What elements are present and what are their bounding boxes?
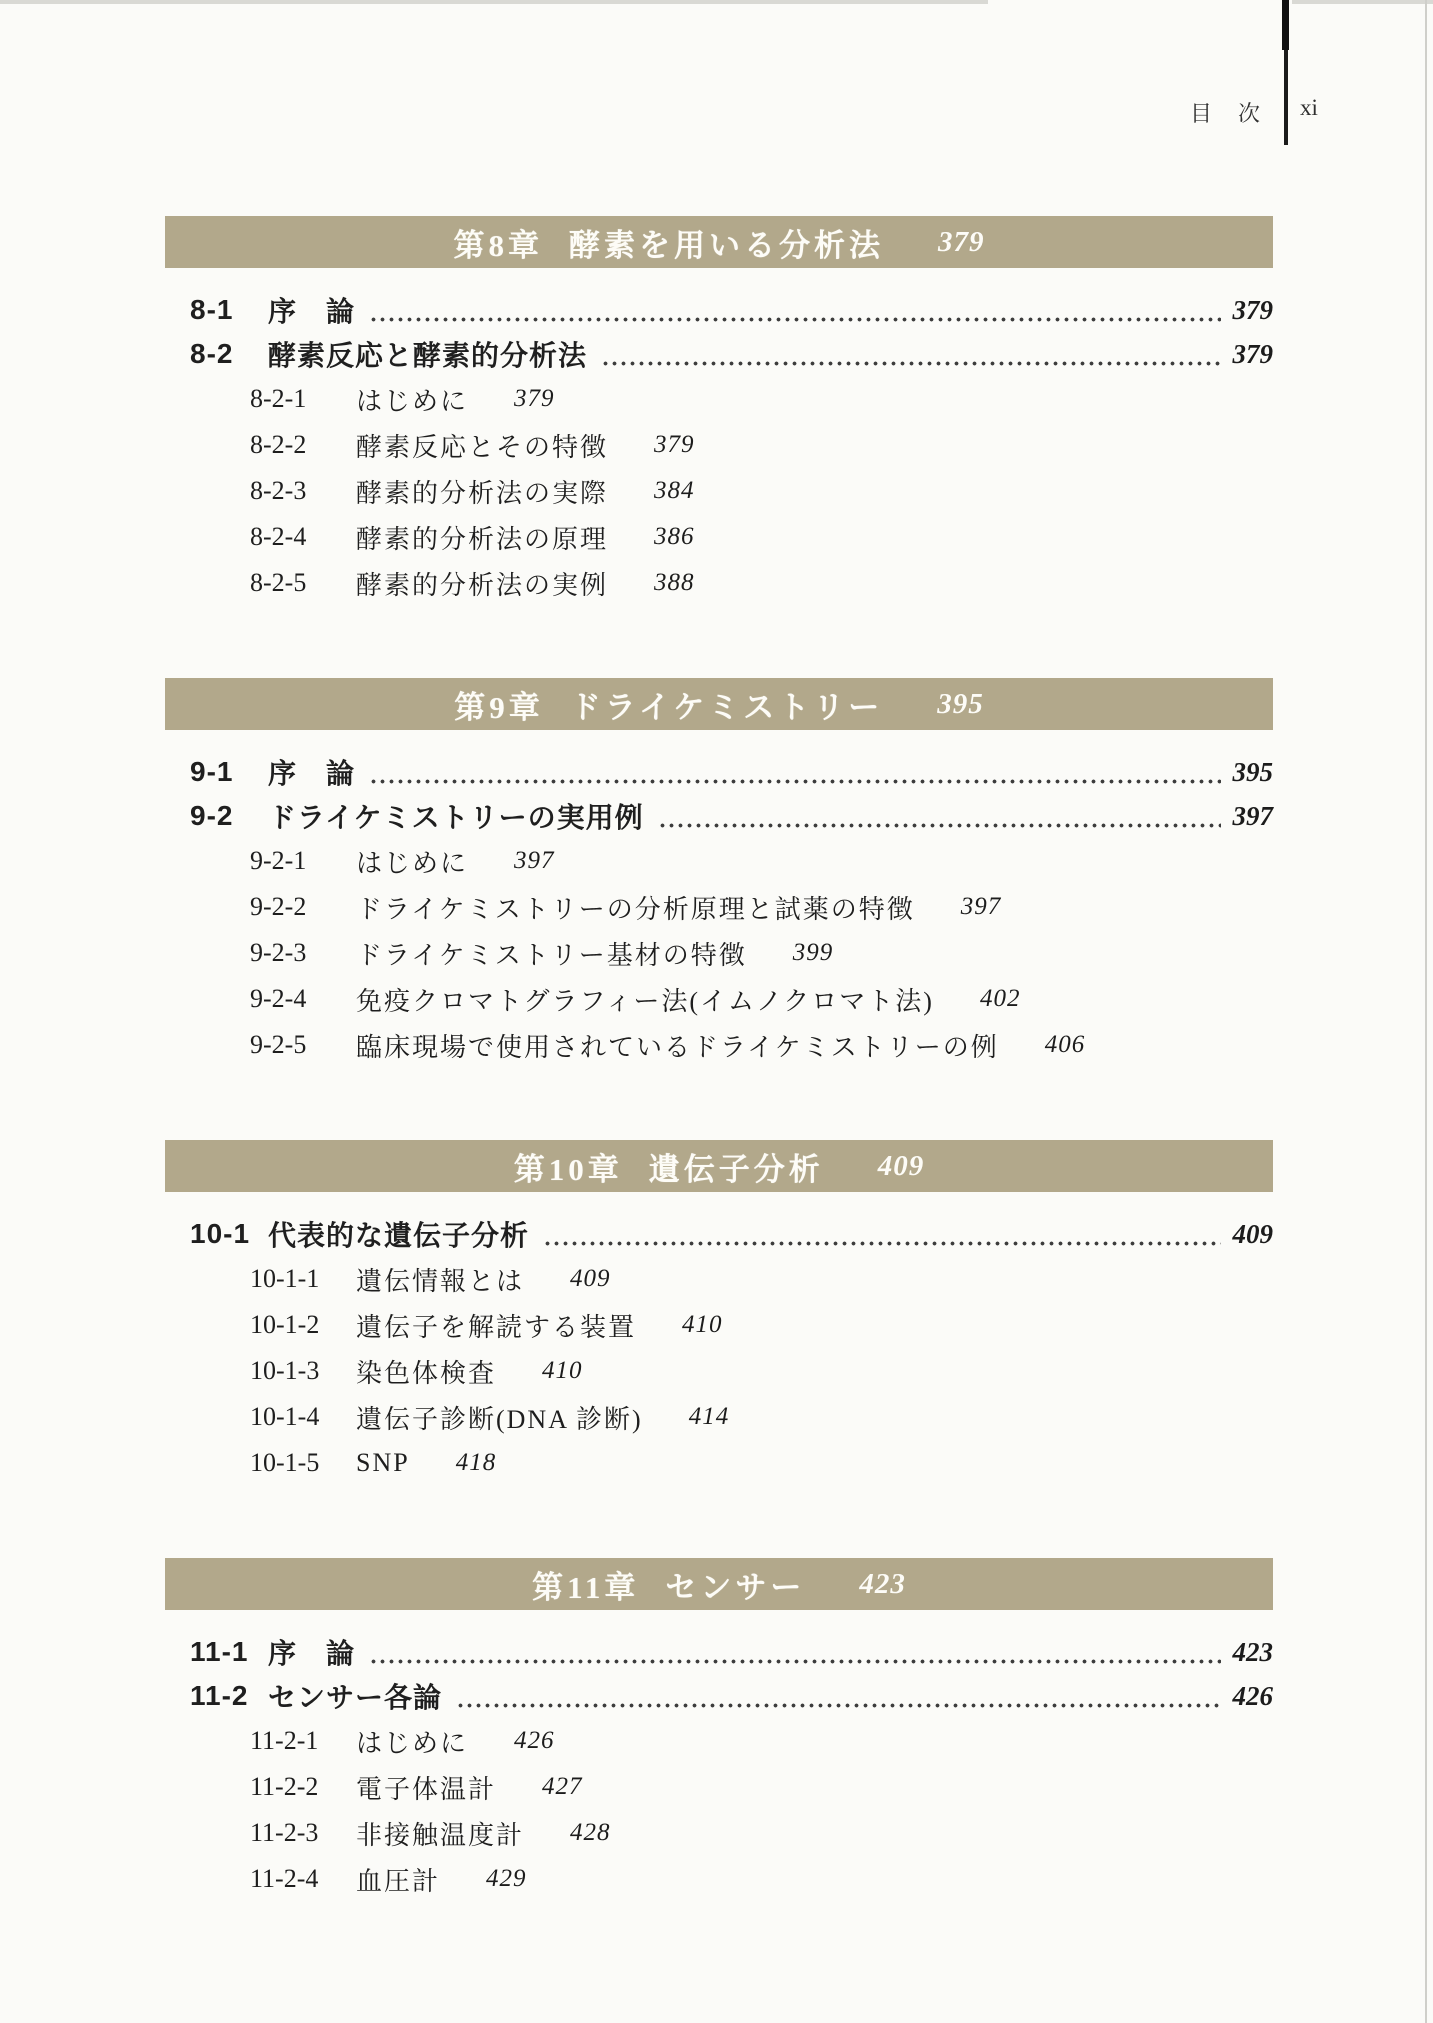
chapter-banner: 第11章センサー423 [165, 1558, 1273, 1610]
subsection-page-number: 402 [980, 985, 1021, 1013]
section-page-number: 426 [1233, 1681, 1274, 1712]
section-number: 10-1 [190, 1218, 252, 1250]
dot-leader [456, 1703, 1220, 1708]
subsection-title: SNP [356, 1448, 410, 1478]
subsection-title: 酵素的分析法の原理 [356, 519, 608, 556]
section-title: 序 論 [268, 1632, 355, 1672]
subsection-page-number: 429 [486, 1865, 527, 1893]
toc-section-row: 9-2ドライケミストリーの実用例397 [165, 794, 1273, 838]
subsection-title: はじめに [356, 381, 468, 418]
toc-subsection-row: 10-1-5SNP418 [165, 1440, 1273, 1486]
toc-subsection-row: 9-2-3ドライケミストリー基材の特徴399 [165, 930, 1273, 976]
subsection-title: はじめに [356, 843, 468, 880]
section-title: 代表的な遺伝子分析 [268, 1214, 529, 1254]
subsection-number: 11-2-2 [250, 1772, 342, 1802]
subsection-number: 8-2-2 [250, 430, 342, 460]
dot-leader [658, 823, 1221, 828]
toc-subsection-row: 8-2-1はじめに379 [165, 376, 1273, 422]
subsection-title: ドライケミストリーの分析原理と試薬の特徴 [356, 889, 915, 926]
chapter-page-number: 379 [938, 226, 985, 259]
subsection-number: 9-2-3 [250, 938, 342, 968]
subsection-page-number: 379 [514, 385, 555, 413]
dot-leader [369, 317, 1220, 322]
subsection-title: ドライケミストリー基材の特徴 [356, 935, 747, 972]
section-number: 8-1 [190, 294, 252, 326]
subsection-title: 電子体温計 [356, 1769, 496, 1806]
toc-subsection-row: 8-2-5酵素的分析法の実例388 [165, 560, 1273, 606]
subsection-number: 8-2-3 [250, 476, 342, 506]
section-number: 11-2 [190, 1680, 252, 1712]
chapter-block: 第11章センサー42311-1序 論42311-2センサー各論42611-2-1… [165, 1558, 1273, 1902]
toc-subsection-row: 8-2-3酵素的分析法の実際384 [165, 468, 1273, 514]
toc-subsection-row: 9-2-4免疫クロマトグラフィー法(イムノクロマト法)402 [165, 976, 1273, 1022]
chapter-block: 第10章遺伝子分析40910-1代表的な遺伝子分析40910-1-1遺伝情報とは… [165, 1140, 1273, 1486]
section-title: ドライケミストリーの実用例 [268, 796, 644, 836]
chapter-page-number: 423 [859, 1568, 906, 1601]
chapter-number: 第8章 [454, 220, 544, 265]
toc-subsection-row: 8-2-2酵素反応とその特徴379 [165, 422, 1273, 468]
subsection-page-number: 406 [1045, 1031, 1086, 1059]
subsection-page-number: 428 [570, 1819, 611, 1847]
subsection-page-number: 410 [542, 1357, 583, 1385]
chapter-banner: 第8章酵素を用いる分析法379 [165, 216, 1273, 268]
chapter-page-number: 409 [878, 1150, 925, 1183]
toc-subsection-row: 10-1-4遺伝子診断(DNA 診断)414 [165, 1394, 1273, 1440]
chapter-title: 遺伝子分析 [649, 1144, 824, 1189]
toc-subsection-row: 11-2-1はじめに426 [165, 1718, 1273, 1764]
section-title: 序 論 [268, 752, 355, 792]
subsection-number: 11-2-3 [250, 1818, 342, 1848]
subsection-title: 非接触温度計 [356, 1815, 524, 1852]
scanned-toc-page: 目 次 xi 第8章酵素を用いる分析法3798-1序 論3798-2酵素反応と酵… [0, 0, 1433, 2023]
subsection-number: 10-1-3 [250, 1356, 342, 1386]
subsection-number: 8-2-1 [250, 384, 342, 414]
toc-subsection-row: 9-2-1はじめに397 [165, 838, 1273, 884]
subsection-page-number: 388 [654, 569, 695, 597]
toc-subsection-row: 11-2-3非接触温度計428 [165, 1810, 1273, 1856]
chapter-number: 第9章 [454, 682, 544, 727]
section-page-number: 379 [1233, 295, 1274, 326]
scan-edge-top [0, 0, 988, 4]
subsection-title: 酵素的分析法の実際 [356, 473, 608, 510]
subsection-number: 8-2-5 [250, 568, 342, 598]
subsection-page-number: 397 [514, 847, 555, 875]
section-number: 8-2 [190, 338, 252, 370]
subsection-page-number: 414 [689, 1403, 730, 1431]
chapter-title: ドライケミストリー [570, 682, 883, 727]
section-page-number: 409 [1233, 1219, 1274, 1250]
subsection-number: 8-2-4 [250, 522, 342, 552]
subsection-page-number: 379 [654, 431, 695, 459]
section-title: 序 論 [268, 290, 355, 330]
subsection-number: 10-1-1 [250, 1264, 342, 1294]
toc-subsection-row: 11-2-4血圧計429 [165, 1856, 1273, 1902]
subsection-number: 9-2-4 [250, 984, 342, 1014]
section-number: 9-1 [190, 756, 252, 788]
section-title: 酵素反応と酵素的分析法 [268, 334, 587, 374]
section-page-number: 379 [1233, 339, 1274, 370]
subsection-number: 9-2-2 [250, 892, 342, 922]
subsection-number: 11-2-1 [250, 1726, 342, 1756]
section-number: 11-1 [190, 1636, 252, 1668]
subsection-title: 血圧計 [356, 1861, 440, 1898]
toc-subsection-row: 10-1-1遺伝情報とは409 [165, 1256, 1273, 1302]
running-head-toc: 目 次 [1120, 97, 1262, 128]
toc-subsection-row: 9-2-5臨床現場で使用されているドライケミストリーの例406 [165, 1022, 1273, 1068]
subsection-title: 酵素反応とその特徴 [356, 427, 608, 464]
section-page-number: 423 [1233, 1637, 1274, 1668]
subsection-page-number: 399 [793, 939, 834, 967]
chapter-number: 第10章 [514, 1144, 623, 1189]
toc-section-row: 9-1序 論395 [165, 750, 1273, 794]
toc-subsection-row: 10-1-3染色体検査410 [165, 1348, 1273, 1394]
chapter-banner: 第9章ドライケミストリー395 [165, 678, 1273, 730]
subsection-number: 10-1-5 [250, 1448, 342, 1478]
toc-section-row: 10-1代表的な遺伝子分析409 [165, 1212, 1273, 1256]
chapter-number: 第11章 [532, 1562, 639, 1607]
chapter-banner: 第10章遺伝子分析409 [165, 1140, 1273, 1192]
subsection-title: 臨床現場で使用されているドライケミストリーの例 [356, 1027, 999, 1064]
subsection-page-number: 410 [682, 1311, 723, 1339]
header-divider-rule-cap [1282, 0, 1289, 50]
chapter-block: 第9章ドライケミストリー3959-1序 論3959-2ドライケミストリーの実用例… [165, 678, 1273, 1068]
toc-section-row: 8-2酵素反応と酵素的分析法379 [165, 332, 1273, 376]
subsection-number: 10-1-2 [250, 1310, 342, 1340]
dot-leader [369, 779, 1220, 784]
toc-section-row: 8-1序 論379 [165, 288, 1273, 332]
toc-subsection-row: 9-2-2ドライケミストリーの分析原理と試薬の特徴397 [165, 884, 1273, 930]
subsection-page-number: 427 [542, 1773, 583, 1801]
subsection-page-number: 384 [654, 477, 695, 505]
toc-chapter-list: 第8章酵素を用いる分析法3798-1序 論3798-2酵素反応と酵素的分析法37… [165, 216, 1273, 1974]
chapter-title: センサー [665, 1562, 805, 1607]
chapter-block: 第8章酵素を用いる分析法3798-1序 論3798-2酵素反応と酵素的分析法37… [165, 216, 1273, 606]
toc-subsection-row: 8-2-4酵素的分析法の原理386 [165, 514, 1273, 560]
subsection-page-number: 409 [570, 1265, 611, 1293]
subsection-title: はじめに [356, 1723, 468, 1760]
toc-section-row: 11-2センサー各論426 [165, 1674, 1273, 1718]
page-number-folio: xi [1300, 95, 1318, 121]
subsection-title: 遺伝情報とは [356, 1261, 524, 1298]
scan-edge-top-right [1292, 0, 1433, 4]
section-number: 9-2 [190, 800, 252, 832]
subsection-title: 染色体検査 [356, 1353, 496, 1390]
subsection-number: 9-2-5 [250, 1030, 342, 1060]
subsection-title: 遺伝子診断(DNA 診断) [356, 1399, 643, 1436]
subsection-number: 9-2-1 [250, 846, 342, 876]
dot-leader [601, 361, 1220, 366]
toc-subsection-row: 10-1-2遺伝子を解読する装置410 [165, 1302, 1273, 1348]
section-page-number: 395 [1233, 757, 1274, 788]
subsection-title: 遺伝子を解読する装置 [356, 1307, 636, 1344]
section-title: センサー各論 [268, 1676, 442, 1716]
subsection-page-number: 426 [514, 1727, 555, 1755]
toc-section-row: 11-1序 論423 [165, 1630, 1273, 1674]
subsection-page-number: 418 [456, 1449, 497, 1477]
subsection-page-number: 397 [961, 893, 1002, 921]
subsection-title: 酵素的分析法の実例 [356, 565, 608, 602]
dot-leader [543, 1241, 1220, 1246]
toc-subsection-row: 11-2-2電子体温計427 [165, 1764, 1273, 1810]
section-page-number: 397 [1233, 801, 1274, 832]
subsection-number: 10-1-4 [250, 1402, 342, 1432]
chapter-title: 酵素を用いる分析法 [569, 220, 884, 265]
chapter-page-number: 395 [937, 688, 984, 721]
subsection-title: 免疫クロマトグラフィー法(イムノクロマト法) [356, 981, 934, 1018]
dot-leader [369, 1659, 1220, 1664]
scan-edge-right [1425, 0, 1427, 2023]
subsection-number: 11-2-4 [250, 1864, 342, 1894]
subsection-page-number: 386 [654, 523, 695, 551]
